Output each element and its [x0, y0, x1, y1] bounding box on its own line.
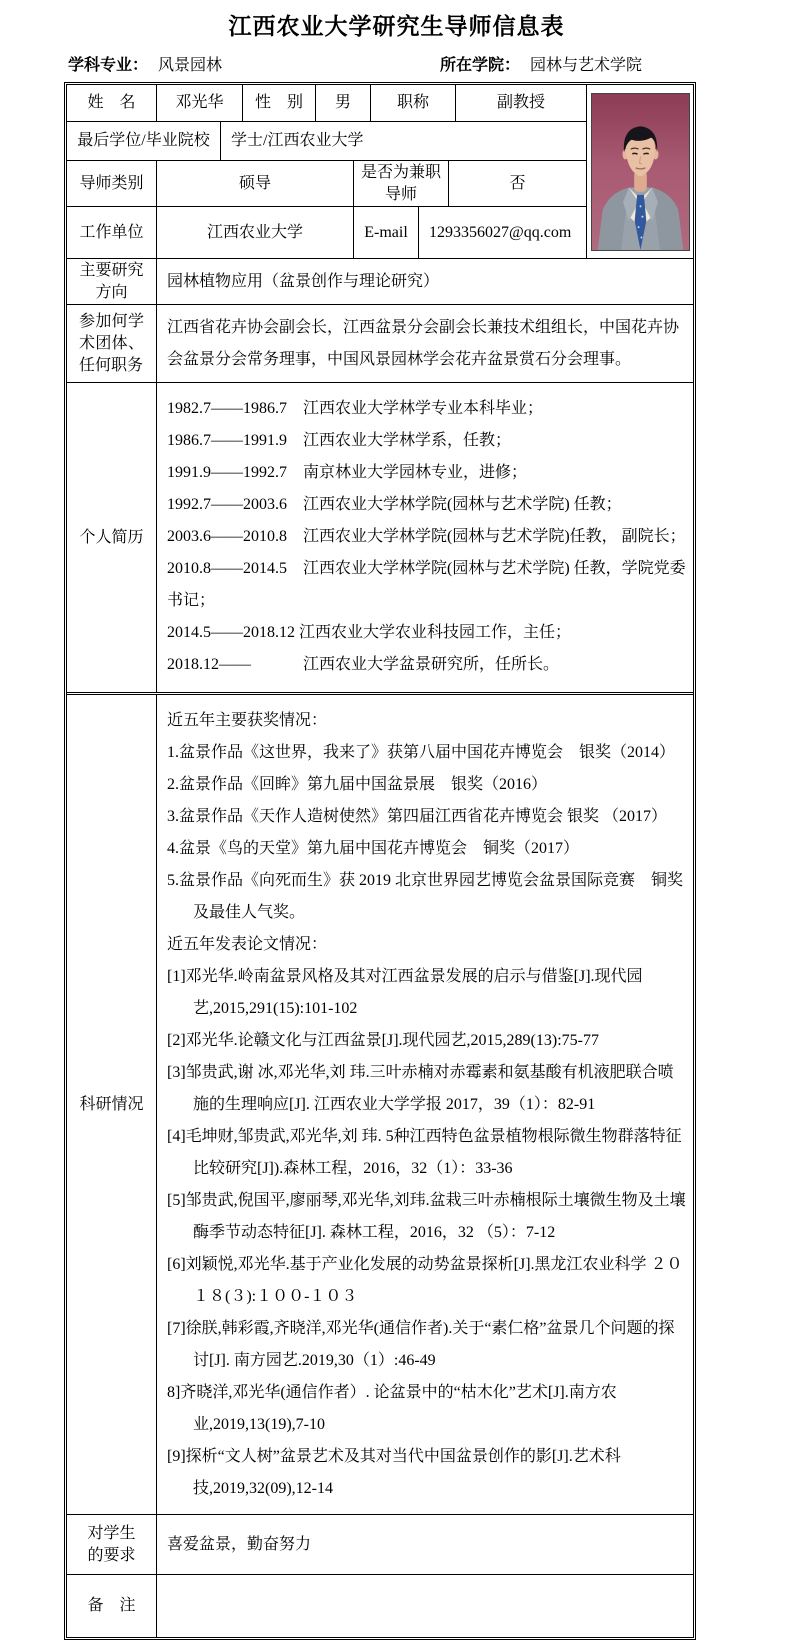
- award-item: 4.盆景《鸟的天堂》第九届中国花卉博览会 铜奖（2017）: [167, 833, 689, 865]
- paper-item: [2]邓光华.论赣文化与江西盆景[J].现代园艺,2015,289(13):75…: [167, 1025, 689, 1057]
- major-field: 学科专业：风景园林: [68, 55, 222, 77]
- award-item: 1.盆景作品《这世界，我来了》获第八届中国花卉博览会 银奖（2014）: [167, 737, 689, 769]
- resume-line: 1982.7——1986.7 江西农业大学林学专业本科毕业；: [167, 393, 689, 425]
- degree-value: 学士/江西农业大学: [221, 122, 586, 160]
- research-label: 科研情况: [67, 695, 157, 1514]
- papers-heading: 近五年发表论文情况：: [167, 929, 689, 961]
- paper-item: [5]邹贵武,倪国平,廖丽琴,邓光华,刘玮.盆栽三叶赤楠根际土壤微生物及土壤酶季…: [167, 1185, 689, 1249]
- title-label: 职称: [371, 85, 456, 121]
- research-direction-value: 园林植物应用（盆景创作与理论研究）: [157, 259, 693, 304]
- research-content: 近五年主要获奖情况： 1.盆景作品《这世界，我来了》获第八届中国花卉博览会 银奖…: [157, 695, 693, 1514]
- row-research-direction: 主要研究方向 园林植物应用（盆景创作与理论研究）: [67, 259, 693, 305]
- memberships-text: 江西省花卉协会副会长，江西盆景分会副会长兼技术组组长，中国花卉协会盆景分会常务理…: [167, 312, 689, 376]
- email-value: 1293356027@qq.com: [419, 207, 586, 258]
- parttime-value: 否: [449, 161, 586, 206]
- row-remarks: 备 注: [67, 1575, 693, 1637]
- supervisor-photo-illustration: [592, 94, 689, 250]
- row-degree: 最后学位/毕业院校 学士/江西农业大学: [67, 122, 586, 161]
- row-name: 姓 名 邓光华 性 别 男 职称 副教授: [67, 85, 586, 122]
- resume-line: 1991.9——1992.7 南京林业大学园林专业，进修；: [167, 457, 689, 489]
- employer-value: 江西农业大学: [157, 207, 354, 258]
- name-label: 姓 名: [67, 85, 157, 121]
- info-table: 姓 名 邓光华 性 别 男 职称 副教授 最后学位/毕业院校 学士/江西农业大学…: [64, 82, 696, 1640]
- employer-label: 工作单位: [67, 207, 157, 258]
- resume-line: 2014.5——2018.12 江西农业大学农业科技园工作，主任；: [167, 617, 689, 649]
- degree-label: 最后学位/毕业院校: [67, 122, 221, 160]
- research-direction-label: 主要研究方向: [67, 259, 157, 304]
- resume-line: 2003.6——2010.8 江西农业大学林学院(园林与艺术学院)任教， 副院长…: [167, 521, 689, 553]
- memberships-label-text: 参加何学术团体、任何职务: [79, 311, 144, 377]
- resume-line: 1986.7——1991.9 江西农业大学林学系，任教；: [167, 425, 689, 457]
- paper-item: [7]徐朕,韩彩霞,齐晓洋,邓光华(通信作者).关于“素仁格”盆景几个问题的探讨…: [167, 1313, 689, 1377]
- supervisor-photo: [591, 93, 690, 251]
- page-title: 江西农业大学研究生导师信息表: [0, 8, 793, 41]
- memberships-label: 参加何学术团体、任何职务: [67, 305, 157, 382]
- paper-item: [9]探析“文人树”盆景艺术及其对当代中国盆景创作的影[J].艺术科技,2019…: [167, 1441, 689, 1505]
- paper-item: 8]齐晓洋,邓光华(通信作者）. 论盆景中的“枯木化”艺术[J].南方农业,20…: [167, 1377, 689, 1441]
- requirements-label: 对学生的要求: [67, 1515, 157, 1574]
- requirements-value: 喜爱盆景，勤奋努力: [157, 1515, 693, 1574]
- major-value: 风景园林: [158, 57, 222, 74]
- row-employer: 工作单位 江西农业大学 E-mail 1293356027@qq.com: [67, 207, 586, 259]
- photo-cell: [586, 85, 693, 259]
- paper-item: [1]邓光华.岭南盆景风格及其对江西盆景发展的启示与借鉴[J].现代园艺,201…: [167, 961, 689, 1025]
- college-field: 所在学院：园林与艺术学院: [440, 55, 642, 77]
- name-value: 邓光华: [157, 85, 243, 121]
- row-memberships: 参加何学术团体、任何职务 江西省花卉协会副会长，江西盆景分会副会长兼技术组组长，…: [67, 305, 693, 383]
- award-item: 3.盆景作品《天作人造树使然》第四届江西省花卉博览会 银奖 （2017）: [167, 801, 689, 833]
- paper-item: [3]邹贵武,谢 冰,邓光华,刘 玮.三叶赤楠对赤霉素和氨基酸有机液肥联合喷施的…: [167, 1057, 689, 1121]
- college-label: 所在学院：: [440, 57, 520, 74]
- major-label: 学科专业：: [68, 57, 148, 74]
- award-item: 5.盆景作品《向死而生》获 2019 北京世界园艺博览会盆景国际竞赛 铜奖 及最…: [167, 865, 689, 929]
- resume-label: 个人简历: [67, 383, 157, 692]
- remarks-value: [157, 1575, 693, 1637]
- resume-content: 1982.7——1986.7 江西农业大学林学专业本科毕业； 1986.7——1…: [157, 383, 693, 692]
- awards-heading: 近五年主要获奖情况：: [167, 705, 689, 737]
- category-value: 硕导: [157, 161, 354, 206]
- college-value: 园林与艺术学院: [530, 57, 642, 74]
- category-label: 导师类别: [67, 161, 157, 206]
- title-value: 副教授: [456, 85, 586, 121]
- gender-value: 男: [316, 85, 371, 121]
- row-resume: 个人简历 1982.7——1986.7 江西农业大学林学专业本科毕业； 1986…: [67, 383, 693, 692]
- gender-label: 性 别: [243, 85, 316, 121]
- document-page: 江西农业大学研究生导师信息表 学科专业：风景园林 所在学院：园林与艺术学院: [0, 0, 793, 1642]
- resume-line: 1992.7——2003.6 江西农业大学林学院(园林与艺术学院) 任教；: [167, 489, 689, 521]
- email-label: E-mail: [354, 207, 419, 258]
- resume-line: 2010.8——2014.5 江西农业大学林学院(园林与艺术学院) 任教，学院党…: [167, 553, 689, 617]
- memberships-value: 江西省花卉协会副会长，江西盆景分会副会长兼技术组组长，中国花卉协会盆景分会常务理…: [157, 305, 693, 382]
- resume-line: 2018.12—— 江西农业大学盆景研究所，任所长。: [167, 649, 689, 681]
- paper-item: [6]刘颖悦,邓光华.基于产业化发展的动势盆景探析[J].黑龙江农业科学 ２０１…: [167, 1249, 689, 1313]
- paper-item: [4]毛坤财,邹贵武,邓光华,刘 玮. 5种江西特色盆景植物根际微生物群落特征比…: [167, 1121, 689, 1185]
- row-research: 科研情况 近五年主要获奖情况： 1.盆景作品《这世界，我来了》获第八届中国花卉博…: [67, 692, 693, 1515]
- remarks-label: 备 注: [67, 1575, 157, 1637]
- row-category: 导师类别 硕导 是否为兼职导师 否: [67, 161, 586, 207]
- row-requirements: 对学生的要求 喜爱盆景，勤奋努力: [67, 1515, 693, 1575]
- parttime-label: 是否为兼职导师: [354, 161, 449, 206]
- award-item: 2.盆景作品《回眸》第九届中国盆景展 银奖（2016）: [167, 769, 689, 801]
